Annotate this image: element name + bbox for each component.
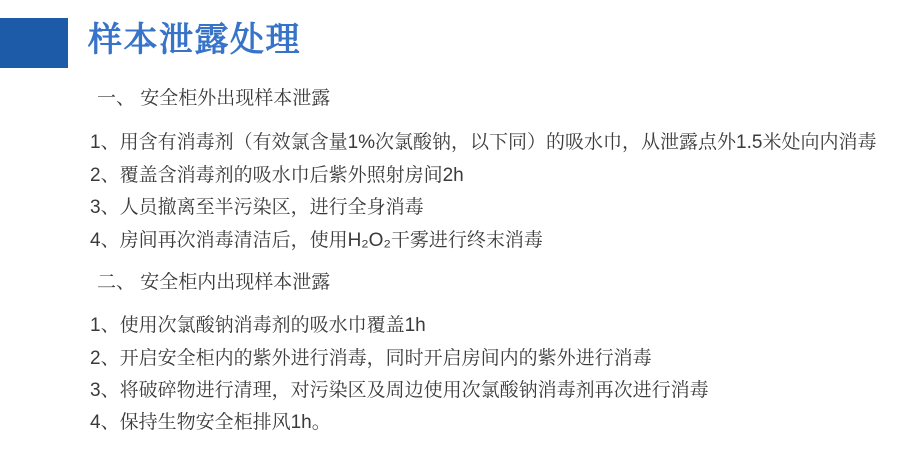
section-1-item-2: 2、覆盖含消毒剂的吸水巾后紫外照射房间2h (90, 165, 464, 187)
section-2-item-3: 3、将破碎物进行清理，对污染区及周边使用次氯酸钠消毒剂再次进行消毒 (90, 380, 709, 402)
section-1-item-3: 3、人员撤离至半污染区，进行全身消毒 (90, 197, 424, 219)
section-1-item-4: 4、房间再次消毒清洁后，使用H₂O₂干雾进行终末消毒 (90, 230, 543, 252)
slide: 样本泄露处理 一、 安全柜外出现样本泄露 1、用含有消毒剂（有效氯含量1%次氯酸… (0, 0, 901, 475)
title-accent-block (0, 18, 68, 68)
page-title: 样本泄露处理 (88, 20, 301, 60)
section-2-item-4: 4、保持生物安全柜排风1h。 (90, 412, 331, 434)
section-2-item-2: 2、开启安全柜内的紫外进行消毒，同时开启房间内的紫外进行消毒 (90, 348, 652, 370)
section-1-item-1: 1、用含有消毒剂（有效氯含量1%次氯酸钠，以下同）的吸水巾，从泄露点外1.5米处… (90, 132, 876, 154)
section-2-heading: 二、 安全柜内出现样本泄露 (97, 272, 330, 294)
section-1-heading: 一、 安全柜外出现样本泄露 (97, 88, 330, 110)
section-2-item-1: 1、使用次氯酸钠消毒剂的吸水巾覆盖1h (90, 315, 426, 337)
